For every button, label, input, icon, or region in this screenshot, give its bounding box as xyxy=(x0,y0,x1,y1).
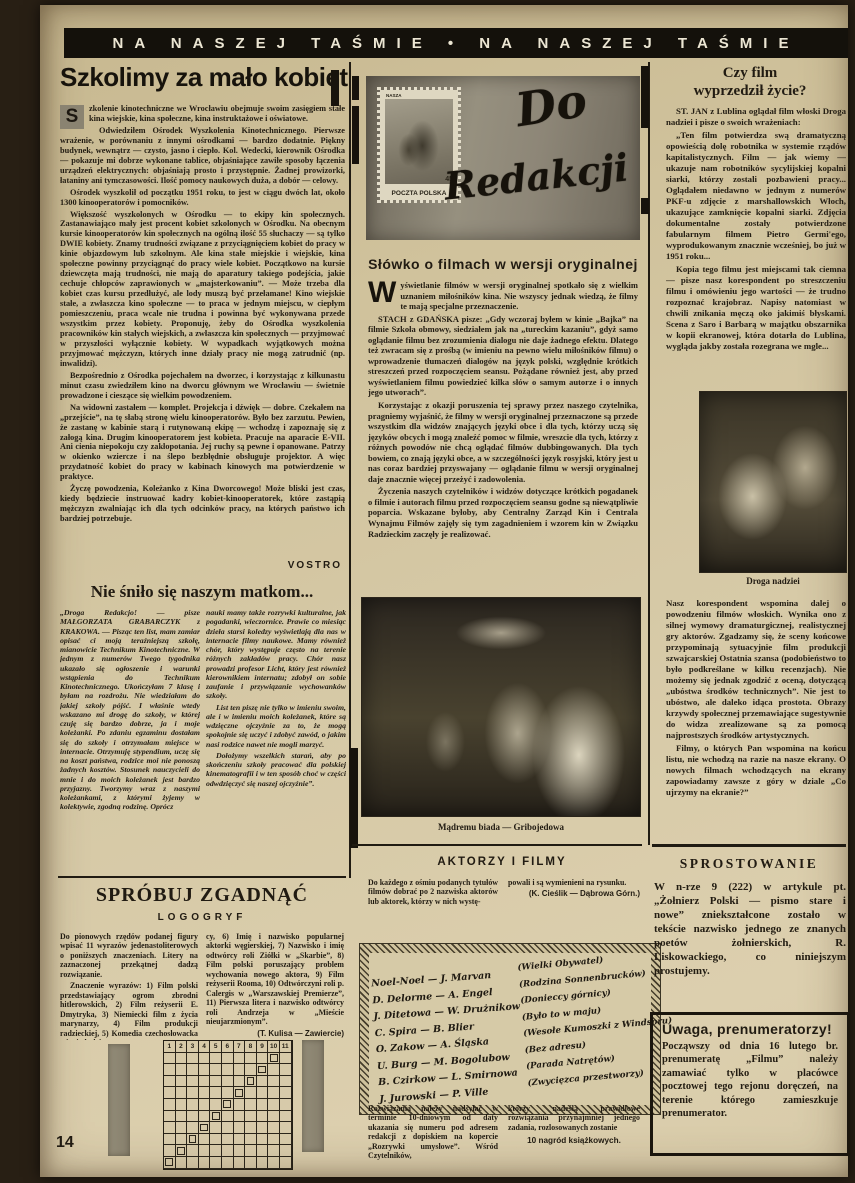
rule-segment xyxy=(352,106,359,164)
grid-cell xyxy=(280,1064,292,1076)
grid-cell xyxy=(199,1064,211,1076)
grid-cell xyxy=(257,1157,269,1169)
grid-cell xyxy=(257,1099,269,1111)
grid-number-cell: 9 xyxy=(257,1041,269,1053)
rule-segment xyxy=(641,198,649,214)
grid-cell xyxy=(222,1111,234,1123)
grid-cell xyxy=(222,1145,234,1157)
grid-cell xyxy=(210,1064,222,1076)
grid-cell xyxy=(176,1064,188,1076)
grid-cell xyxy=(222,1099,234,1111)
grid-cell xyxy=(210,1134,222,1146)
grid-cell xyxy=(234,1134,246,1146)
grid-cell xyxy=(268,1145,280,1157)
grid-cell xyxy=(199,1076,211,1088)
grid-cell xyxy=(268,1087,280,1099)
grid-cell xyxy=(245,1099,257,1111)
grid-number-cell: 5 xyxy=(210,1041,222,1053)
article-body-czyfilm-top: ST. JAN z Lublina oglądał film włoski Dr… xyxy=(666,106,846,390)
paragraph: Na widowni zastałem — komplet. Projekcja… xyxy=(60,403,345,483)
grid-cell xyxy=(268,1064,280,1076)
grid-cell xyxy=(222,1076,234,1088)
grid-cell xyxy=(280,1099,292,1111)
grid-cell xyxy=(222,1134,234,1146)
grid-cell xyxy=(245,1134,257,1146)
grid-cell xyxy=(280,1053,292,1065)
aktorzy-credit: (K. Cieślik — Dąbrowa Górn.) xyxy=(508,889,640,898)
film-titles-list: (Wielki Obywatel)(Rodzina Sonnenbrucków)… xyxy=(517,949,655,1105)
grid-cell xyxy=(257,1064,269,1076)
grid-cell xyxy=(164,1157,176,1169)
rule-segment xyxy=(352,76,359,100)
article-signature: VOSTRO xyxy=(60,560,342,571)
grid-cell xyxy=(164,1087,176,1099)
paragraph: Znaczenie wyrazów: 1) Film polski przeds… xyxy=(60,981,198,1040)
grid-cell xyxy=(199,1145,211,1157)
grid-cell xyxy=(164,1099,176,1111)
puzzle-title: SPRÓBUJ ZGADNĄĆ xyxy=(58,884,346,907)
aktorzy-closing-1: Rozwiązania należy nadsyłać w terminie 1… xyxy=(368,1104,498,1174)
grid-cell xyxy=(210,1087,222,1099)
aktorzy-closing-2: którzy nadeślą prawidłowe rozwiązania pr… xyxy=(508,1104,640,1174)
title-line-1: Czy film xyxy=(655,64,845,82)
letter-column-2: nauki mamy także rozrywki kulturalne, ja… xyxy=(206,608,346,840)
grid-cell xyxy=(176,1134,188,1146)
paragraph: Odwiedziłem Ośrodek Wyszkolenia Kinotech… xyxy=(60,126,345,186)
grid-cell xyxy=(222,1053,234,1065)
grid-cell xyxy=(257,1087,269,1099)
grid-cell xyxy=(268,1122,280,1134)
article-body-czyfilm-bottom: Nasz korespondent wspomina dalej o powod… xyxy=(666,598,846,840)
grid-cell xyxy=(257,1076,269,1088)
paragraph: Ośrodek wyszkolił od początku 1951 roku,… xyxy=(60,188,345,208)
grid-cell xyxy=(280,1157,292,1169)
grid-number-cell: 11 xyxy=(280,1041,292,1053)
grid-cell xyxy=(234,1064,246,1076)
section-rule-right xyxy=(652,844,846,847)
page-number: 14 xyxy=(56,1134,74,1152)
grid-cell xyxy=(187,1111,199,1123)
grid-cell xyxy=(199,1122,211,1134)
uwaga-box: Uwaga, prenumeratorzy! Począwszy od dnia… xyxy=(650,1012,850,1156)
grid-number-cell: 3 xyxy=(187,1041,199,1053)
handwritten-panel-inner: Noel-Noel — J. MarvanD. Delorme — A. Eng… xyxy=(369,950,652,1108)
grid-cell xyxy=(245,1145,257,1157)
grid-cell xyxy=(268,1099,280,1111)
grid-cell xyxy=(245,1087,257,1099)
puzzle-column-1: Do pionowych rzędów podanej figury wpisa… xyxy=(60,932,198,1040)
grid-cell xyxy=(280,1145,292,1157)
paragraph: którzy nadeślą prawidłowe rozwiązania pr… xyxy=(508,1104,640,1132)
film-still-madremu-biada xyxy=(362,598,640,816)
grid-cell xyxy=(187,1053,199,1065)
paragraph: ST. JAN z Lublina oglądał film włoski Dr… xyxy=(666,106,846,128)
paragraph: „Ten film potwierdza swą dramatyczną opo… xyxy=(666,130,846,262)
article-title-czyfilm: Czy film wyprzedził życie? xyxy=(655,64,845,100)
sprostowanie-body: W n-rze 9 (222) w artykule pt. „Żołnierz… xyxy=(654,880,846,1006)
grid-cell xyxy=(176,1111,188,1123)
paragraph: Nasz korespondent wspomina dalej o powod… xyxy=(666,598,846,741)
grid-cell xyxy=(210,1076,222,1088)
grid-cell xyxy=(234,1157,246,1169)
paragraph: Filmy, o których Pan wspomina na końcu l… xyxy=(666,743,846,798)
letter-column-1: „Droga Redakcjo! — pisze MAŁGORZATA GRAB… xyxy=(60,608,200,840)
grid-cell xyxy=(222,1064,234,1076)
header-banner: NA NASZEJ TAŚMIE • NA NASZEJ TAŚMIE xyxy=(64,28,848,58)
grid-cell xyxy=(210,1157,222,1169)
actor-pairs-list: Noel-Noel — J. MarvanD. Delorme — A. Eng… xyxy=(371,966,528,1110)
photo-caption-mid: Mądremu biada — Gribojedowa xyxy=(362,822,640,832)
grid-cell xyxy=(164,1076,176,1088)
paragraph: Do każdego z ośmiu podanych tytułów film… xyxy=(368,878,498,906)
paragraph: powali i są wymienieni na rysunku. xyxy=(508,878,640,887)
rule-segment xyxy=(350,748,358,848)
grid-cell xyxy=(164,1064,176,1076)
grid-cell xyxy=(245,1122,257,1134)
grid-cell xyxy=(245,1111,257,1123)
paragraph: nauki mamy także rozrywki kulturalne, ja… xyxy=(206,608,346,701)
grid-cell xyxy=(210,1145,222,1157)
grid-number-cell: 1 xyxy=(164,1041,176,1053)
grid-cell xyxy=(234,1076,246,1088)
grid-cell xyxy=(280,1122,292,1134)
grid-number-cell: 10 xyxy=(268,1041,280,1053)
grid-cell xyxy=(187,1099,199,1111)
grid-cell xyxy=(176,1076,188,1088)
paragraph: Życzę powodzenia, Koleżanko z Kina Dworc… xyxy=(60,484,345,524)
paragraph: „Droga Redakcjo! — pisze MAŁGORZATA GRAB… xyxy=(60,608,200,812)
grid-cell xyxy=(234,1145,246,1157)
stamp-top-text: NASZA xyxy=(386,93,402,98)
grid-number-cell: 2 xyxy=(176,1041,188,1053)
grid-cell xyxy=(257,1134,269,1146)
prize-line: 10 nagród książkowych. xyxy=(508,1136,640,1145)
paragraph: Korzystając z okazji poruszenia tej spra… xyxy=(368,400,638,484)
grid-cell xyxy=(222,1122,234,1134)
paragraph: STACH z GDAŃSKA pisze: „Gdy wczoraj byłe… xyxy=(368,314,638,398)
grid-cell xyxy=(234,1111,246,1123)
grid-cell xyxy=(257,1053,269,1065)
grid-cell xyxy=(187,1134,199,1146)
paragraph: Wyświetlanie filmów w wersji oryginalnej… xyxy=(368,280,638,312)
uwaga-body: Począwszy od dnia 16 lutego br. prenumer… xyxy=(662,1040,838,1120)
puzzle-subtitle: LOGOGRYF xyxy=(58,912,346,923)
paragraph: Dołożymy wszelkich starań, aby po skończ… xyxy=(206,751,346,788)
grid-number-cell: 7 xyxy=(234,1041,246,1053)
magazine-page-scan: NA NASZEJ TAŚMIE • NA NASZEJ TAŚMIE Szko… xyxy=(0,0,855,1183)
script-word-do: Do xyxy=(512,73,590,137)
grid-cell xyxy=(222,1087,234,1099)
grid-cell xyxy=(164,1111,176,1123)
grid-cell xyxy=(280,1134,292,1146)
grid-cell xyxy=(199,1157,211,1169)
aktorzy-intro-1: Do każdego z ośmiu podanych tytułów film… xyxy=(368,878,498,940)
grid-cell xyxy=(199,1099,211,1111)
uwaga-title: Uwaga, prenumeratorzy! xyxy=(662,1021,838,1037)
grid-cell xyxy=(280,1087,292,1099)
grid-cell xyxy=(257,1111,269,1123)
script-word-redakcji: Redakcji xyxy=(442,144,630,208)
grid-cell xyxy=(210,1099,222,1111)
paragraph: Życzenia naszych czytelników i widzów do… xyxy=(368,486,638,539)
grid-cell xyxy=(280,1111,292,1123)
grid-cell xyxy=(164,1134,176,1146)
title-end-bar xyxy=(331,70,339,106)
dropcap-letter: S xyxy=(60,105,84,129)
paragraph: Kopia tego filmu jest miejscami tak ciem… xyxy=(666,264,846,352)
grid-cell xyxy=(176,1099,188,1111)
grid-cell xyxy=(199,1111,211,1123)
header-banner-text: NA NASZEJ TAŚMIE • NA NASZEJ TAŚMIE xyxy=(113,35,800,52)
grid-cell xyxy=(245,1053,257,1065)
handwritten-panel: Noel-Noel — J. MarvanD. Delorme — A. Eng… xyxy=(360,944,660,1114)
film-still-droga-nadziei xyxy=(700,392,846,572)
section-rule-mid xyxy=(352,844,642,846)
grid-cell xyxy=(234,1053,246,1065)
grid-cell xyxy=(257,1145,269,1157)
aktorzy-title: AKTORZY I FILMY xyxy=(366,856,638,868)
rule-segment xyxy=(641,66,649,128)
article-title-szkolimy: Szkolimy za mało kobiet xyxy=(60,62,348,93)
grid-cell xyxy=(176,1087,188,1099)
grid-cell xyxy=(268,1111,280,1123)
paragraph: List ten piszę nie tylko w imieniu swoim… xyxy=(206,703,346,749)
puzzle-column-2: cy, 6) Imię i nazwisko popularnej aktork… xyxy=(206,932,344,1040)
photo-caption-right: Droga nadziei xyxy=(700,576,846,586)
grid-cell xyxy=(268,1134,280,1146)
grid-cell xyxy=(234,1099,246,1111)
grid-cell xyxy=(187,1064,199,1076)
paragraph: W n-rze 9 (222) w artykule pt. „Żołnierz… xyxy=(654,880,846,978)
grid-number-cell: 4 xyxy=(199,1041,211,1053)
paragraph: cy, 6) Imię i nazwisko popularnej aktork… xyxy=(206,932,344,1027)
decor-bar-left xyxy=(108,1044,130,1156)
grid-cell xyxy=(164,1053,176,1065)
paragraph: Do pionowych rzędów podanej figury wpisa… xyxy=(60,932,198,979)
grid-cell xyxy=(176,1122,188,1134)
grid-cell xyxy=(199,1053,211,1065)
grid-cell xyxy=(164,1122,176,1134)
grid-cell xyxy=(199,1087,211,1099)
grid-cell xyxy=(280,1076,292,1088)
grid-cell xyxy=(187,1087,199,1099)
grid-cell xyxy=(187,1076,199,1088)
dropcap-letter: W xyxy=(368,280,396,306)
article-body-szkolimy: Szkolenie kinotechniczne we Wrocławiu ob… xyxy=(60,104,345,556)
grid-cell xyxy=(210,1122,222,1134)
article-title-matkom: Nie śniło się naszym matkom... xyxy=(58,582,346,602)
paragraph: Większość wyszkolonych w Ośrodku — to ek… xyxy=(60,210,345,369)
paragraph: Bezpośrednio z Ośrodka pojechałem na dwo… xyxy=(60,371,345,401)
section-rule-left xyxy=(58,876,346,878)
decor-bar-right xyxy=(302,1040,324,1152)
grid-cell xyxy=(210,1053,222,1065)
sprostowanie-title: SPROSTOWANIE xyxy=(652,856,846,872)
grid-cell xyxy=(187,1157,199,1169)
puzzle-credit: (T. Kulisa — Zawiercie) xyxy=(206,1029,344,1038)
grid-cell xyxy=(164,1145,176,1157)
title-line-2: wyprzedził życie? xyxy=(655,82,845,100)
grid-cell xyxy=(245,1157,257,1169)
article-body-slowko: Wyświetlanie filmów w wersji oryginalnej… xyxy=(368,280,638,594)
grid-number-cell: 6 xyxy=(222,1041,234,1053)
grid-cell xyxy=(176,1053,188,1065)
grid-cell xyxy=(245,1064,257,1076)
grid-cell xyxy=(268,1053,280,1065)
grid-cell xyxy=(234,1087,246,1099)
do-redakcji-banner: NASZA 45 POCZTA POLSKA Do Redakcji xyxy=(366,76,640,240)
logogryf-grid: 1234567891011 xyxy=(163,1040,293,1170)
paragraph: Szkolenie kinotechniczne we Wrocławiu ob… xyxy=(60,104,345,124)
grid-cell xyxy=(199,1134,211,1146)
grid-cell xyxy=(210,1111,222,1123)
paragraph: Rozwiązania należy nadsyłać w terminie 1… xyxy=(368,1104,498,1161)
grid-cell xyxy=(234,1122,246,1134)
grid-cell xyxy=(245,1076,257,1088)
grid-cell xyxy=(222,1157,234,1169)
aktorzy-intro-2: powali i są wymienieni na rysunku. (K. C… xyxy=(508,878,640,940)
grid-number-cell: 8 xyxy=(245,1041,257,1053)
grid-cell xyxy=(257,1122,269,1134)
grid-cell xyxy=(187,1122,199,1134)
article-title-slowko: Słówko o filmach w wersji oryginalnej xyxy=(366,256,640,272)
grid-cell xyxy=(268,1076,280,1088)
grid-cell xyxy=(268,1157,280,1169)
grid-cell xyxy=(176,1157,188,1169)
grid-cell xyxy=(187,1145,199,1157)
grid-cell xyxy=(176,1145,188,1157)
column-rule-right xyxy=(648,62,650,845)
